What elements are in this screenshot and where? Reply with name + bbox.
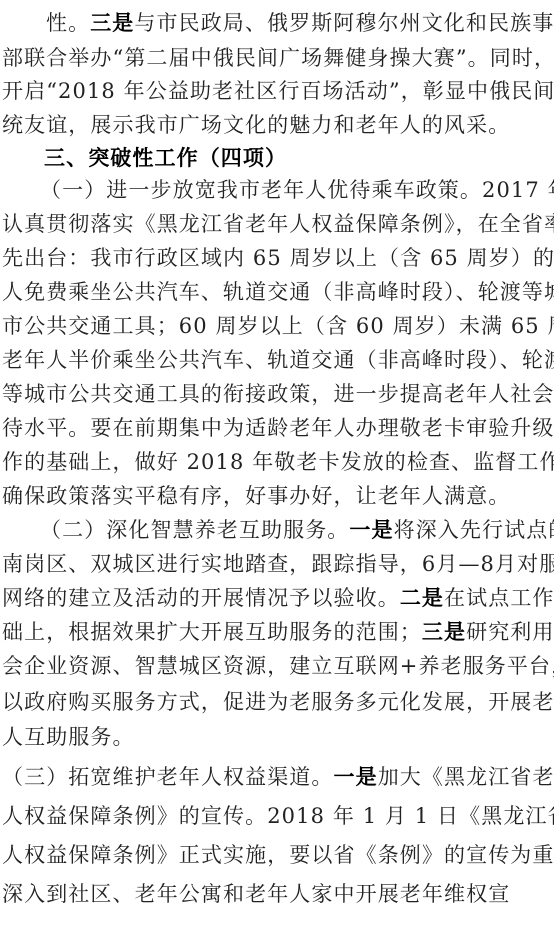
bold-run: 一是 — [349, 518, 393, 542]
paragraph-line: （一）进一步放宽我市老年人优待乘车政策。2017 年底， — [40, 177, 554, 203]
text-run: 研究利用社 — [466, 620, 554, 644]
paragraph-line: 人权益保障条例》正式实施，要以省《条例》的宣传为重点， — [2, 842, 554, 868]
text-run: 加大《黑龙江省老年 — [378, 765, 554, 789]
paragraph-line: 老年人半价乘坐公共汽车、轨道交通（非高峰时段）、轮渡 — [2, 347, 554, 373]
text-run: （二）深化智慧养老互助服务。 — [40, 518, 349, 542]
paragraph-line: 人免费乘坐公共汽车、轨道交通（非高峰时段）、轮渡等城 — [2, 279, 554, 305]
paragraph-line: 统友谊，展示我市广场文化的魅力和老年人的风采。 — [2, 112, 554, 138]
paragraph-line: 开启“2018 年公益助老社区行百场活动”，彰显中俄民间传 — [2, 78, 554, 104]
section-heading: 三、突破性工作（四项） — [44, 145, 554, 171]
paragraph-line: 人权益保障条例》的宣传。2018 年 1 月 1 日《黑龙江省老年 — [2, 803, 554, 829]
paragraph-line: 会企业资源、智慧城区资源，建立互联网+养老服务平台， — [2, 653, 554, 679]
paragraph-line: 先出台：我市行政区域内 65 周岁以上（含 65 周岁）的老年 — [2, 245, 554, 271]
paragraph-line: 确保政策落实平稳有序，好事办好，让老年人满意。 — [2, 483, 554, 509]
paragraph-line: 作的基础上，做好 2018 年敬老卡发放的检查、监督工作， — [2, 449, 554, 475]
text-run: 将深入先行试点的 — [394, 518, 554, 542]
bold-run: 三是 — [422, 620, 466, 644]
bold-run: 二是 — [400, 586, 444, 610]
text-run: 性。 — [46, 11, 90, 35]
paragraph-line: 等城市公共交通工具的衔接政策，进一步提高老年人社会优 — [2, 381, 554, 407]
text-run: 础上，根据效果扩大开展互助服务的范围； — [2, 620, 422, 644]
text-run: 网络的建立及活动的开展情况予以验收。 — [2, 586, 400, 610]
paragraph-line: 认真贯彻落实《黑龙江省老年人权益保障条例》，在全省率 — [2, 211, 554, 237]
paragraph-line: （二）深化智慧养老互助服务。一是将深入先行试点的 — [40, 517, 554, 543]
paragraph-line: 待水平。要在前期集中为适龄老年人办理敬老卡审验升级工 — [2, 415, 554, 441]
paragraph-line: 市公共交通工具；60 周岁以上（含 60 周岁）未满 65 周岁的 — [2, 313, 554, 339]
paragraph-line: 人互助服务。 — [2, 724, 554, 750]
paragraph-line: 性。三是与市民政局、俄罗斯阿穆尔州文化和民族事务 — [46, 10, 554, 36]
paragraph-line: 南岗区、双城区进行实地踏查，跟踪指导，6月—8月对服务 — [2, 551, 554, 577]
text-run: （三）拓宽维护老年人权益渠道。 — [2, 765, 334, 789]
bold-run: 一是 — [334, 765, 378, 789]
paragraph-line: 网络的建立及活动的开展情况予以验收。二是在试点工作基 — [2, 585, 554, 611]
paragraph-line: 础上，根据效果扩大开展互助服务的范围；三是研究利用社 — [2, 619, 554, 645]
paragraph-line: （三）拓宽维护老年人权益渠道。一是加大《黑龙江省老年 — [2, 764, 554, 790]
text-run: 与市民政局、俄罗斯阿穆尔州文化和民族事务 — [134, 11, 554, 35]
bold-run: 三是 — [90, 11, 134, 35]
paragraph-line: 部联合举办“第二届中俄民间广场舞健身操大赛”。同时， — [2, 45, 554, 71]
paragraph-line: 以政府购买服务方式，促进为老服务多元化发展，开展老年 — [2, 689, 554, 715]
text-run: 在试点工作基 — [444, 586, 554, 610]
paragraph-line: 深入到社区、老年公寓和老年人家中开展老年维权宣 — [2, 881, 554, 907]
